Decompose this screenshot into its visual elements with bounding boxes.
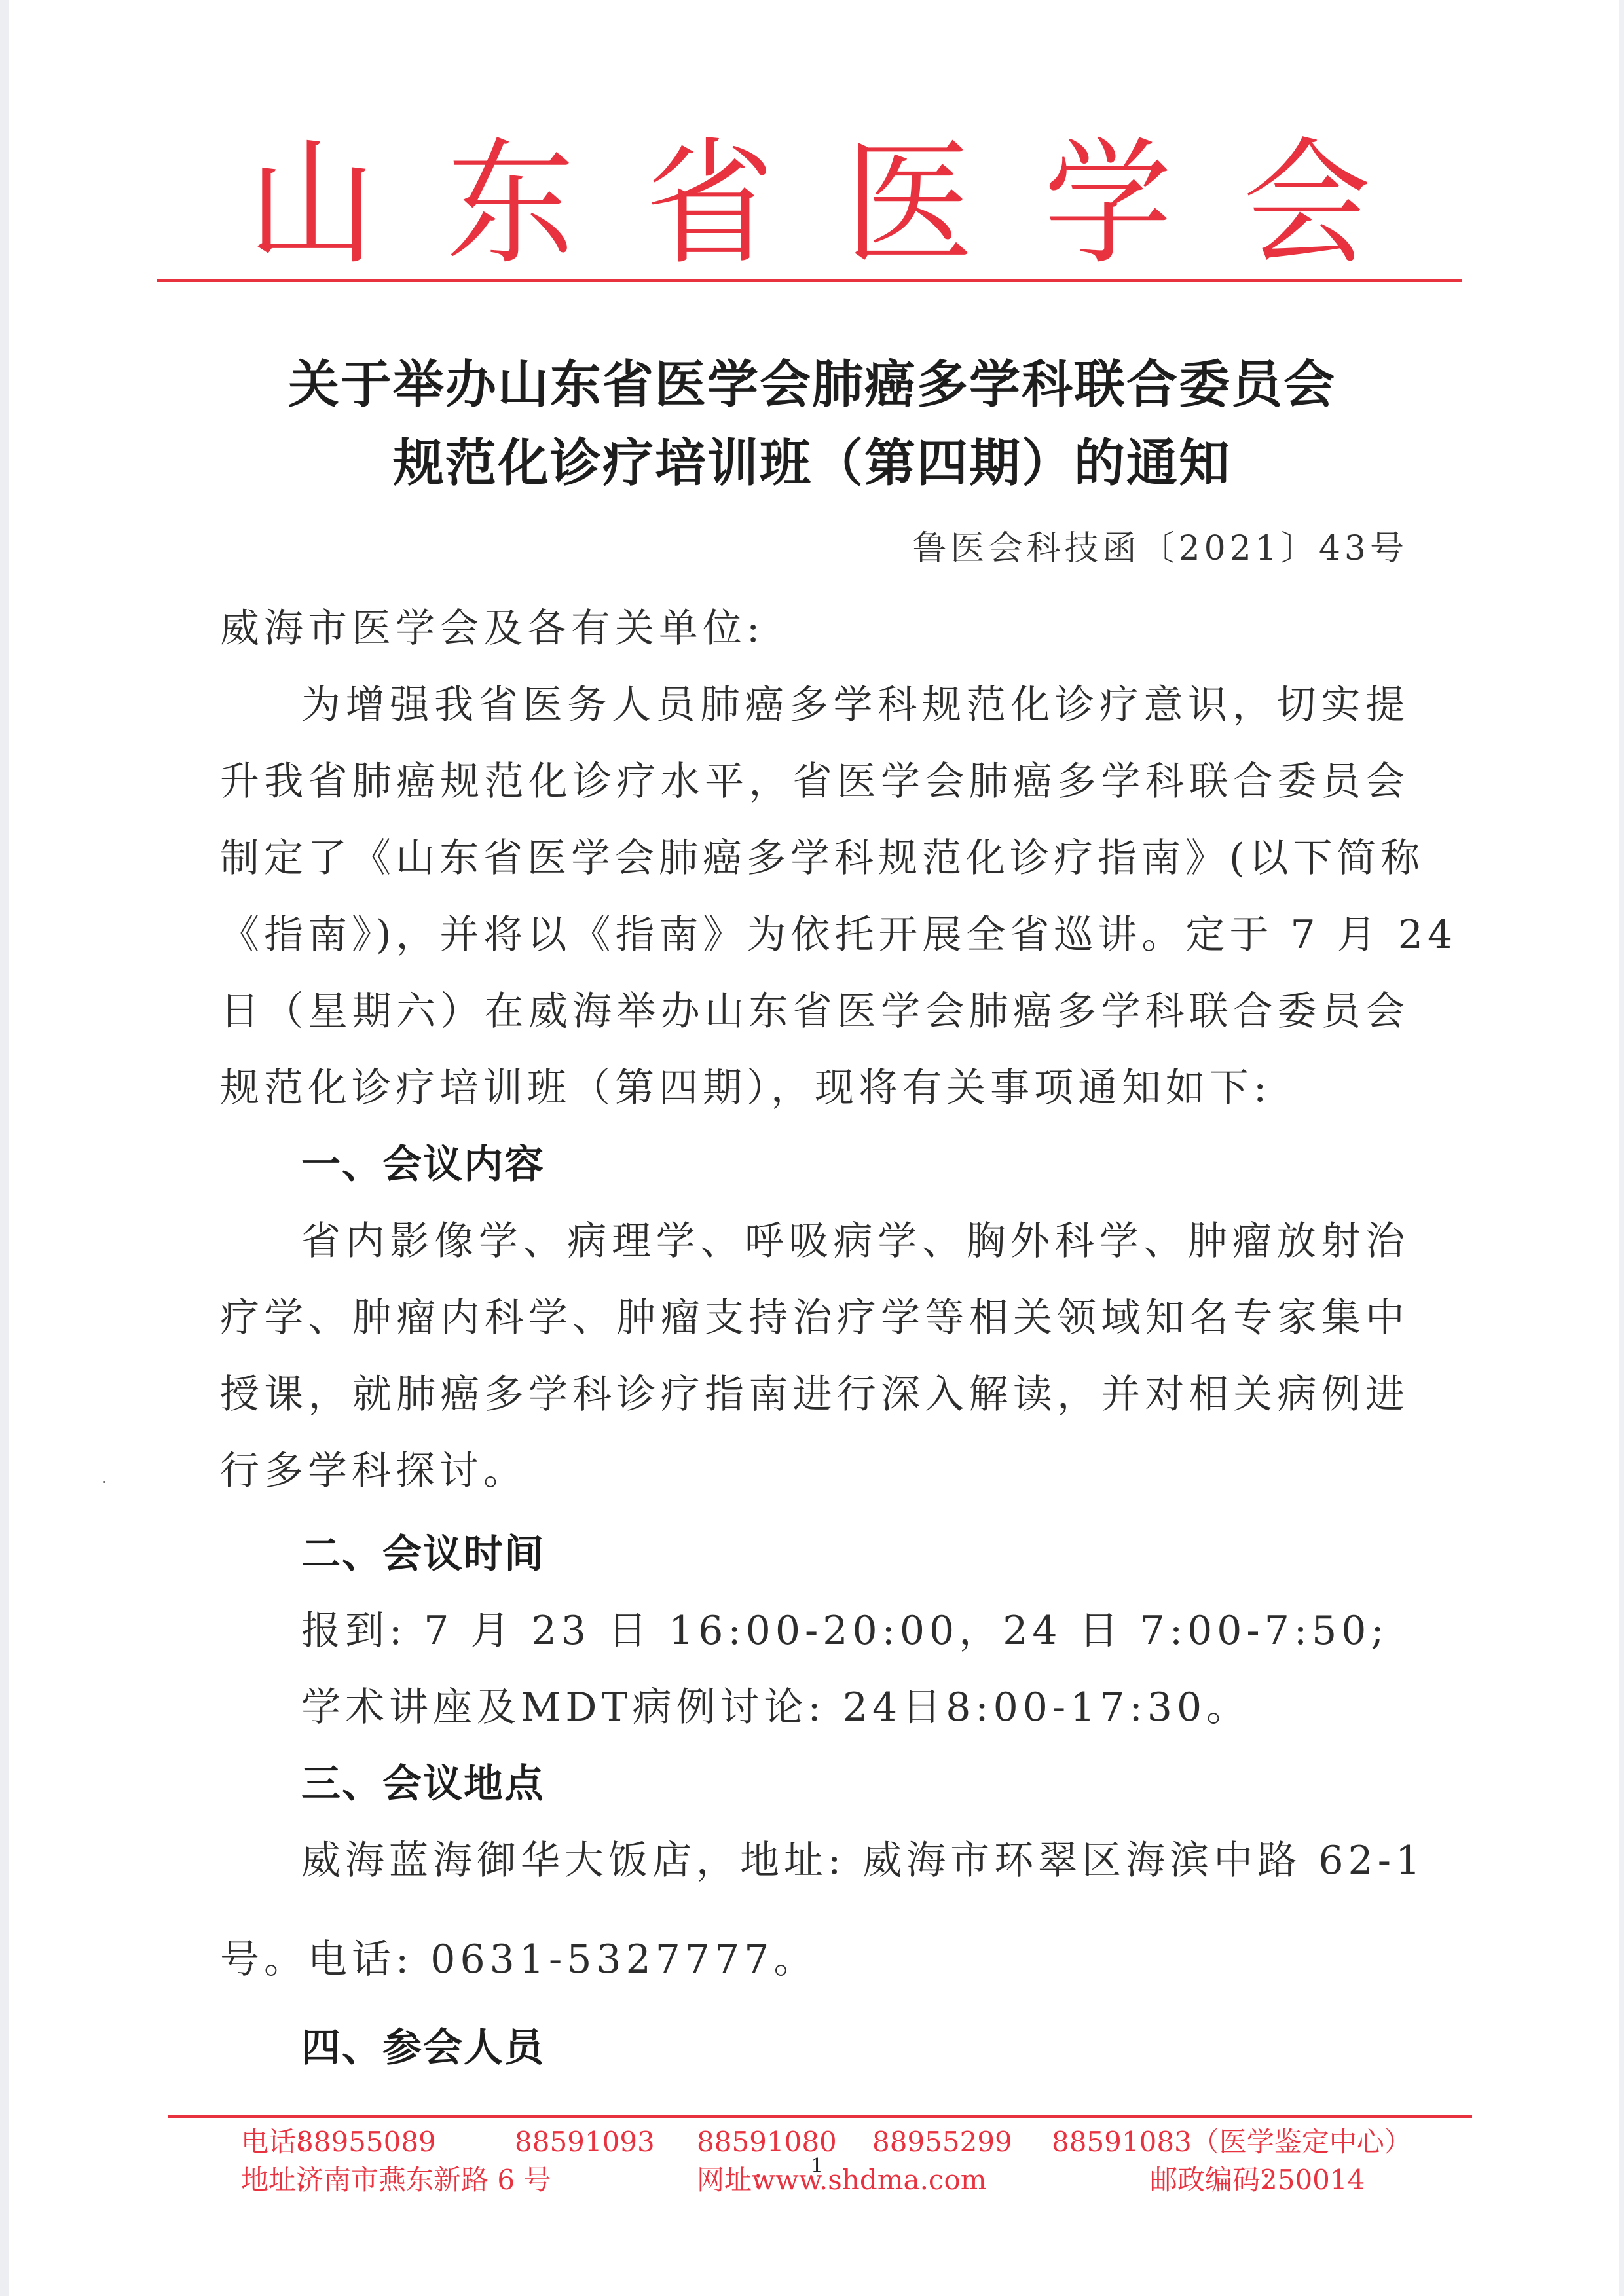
- section-line: 报到: 7 月 23 日 16:00-20:00，24 日 7:00-7:50;: [220, 1607, 1409, 1654]
- footer-red-rule: [168, 2115, 1472, 2118]
- masthead-char: 东: [447, 135, 575, 274]
- section-line: 学术讲座及MDT病例讨论: 24日8:00-17:30。: [220, 1684, 1409, 1731]
- section-line: 疗学、肿瘤内科学、肿瘤支持治疗学等相关领域知名专家集中: [220, 1294, 1409, 1341]
- intro-line: 制定了《山东省医学会肺癌多学科规范化诊疗指南》(以下简称: [220, 835, 1409, 882]
- section-line: 威海蓝海御华大饭店，地址: 威海市环翠区海滨中路 62-1: [220, 1837, 1409, 1884]
- intro-line: 《指南》)，并将以《指南》为依托开展全省巡讲。定于 7 月 24: [220, 911, 1409, 958]
- footer-website[interactable]: www.shdma.com: [752, 2163, 987, 2197]
- section-heading-content: 一、会议内容: [301, 1141, 545, 1188]
- masthead-char: 会: [1243, 135, 1371, 274]
- section-line: 授课，就肺癌多学科诊疗指南进行深入解读，并对相关病例进: [220, 1371, 1409, 1418]
- document-title-line-2: 规范化诊疗培训班（第四期）的通知: [196, 434, 1428, 493]
- scan-speck: [103, 1481, 105, 1483]
- salutation: 威海市医学会及各有关单位:: [220, 605, 1409, 652]
- section-heading-location: 三、会议地点: [301, 1760, 545, 1808]
- reference-number: 鲁医会科技函〔2021〕43号: [912, 528, 1408, 570]
- scan-edge-left: [0, 0, 9, 2296]
- scan-edge-right: [1619, 0, 1624, 2296]
- footer-phone: 88591093: [515, 2125, 655, 2159]
- masthead-org-name: 山 东 省 医 学 会: [157, 139, 1462, 270]
- masthead-char: 省: [646, 135, 774, 274]
- section-heading-attendees: 四、参会人员: [301, 2024, 545, 2071]
- section-line: 号。电话: 0631-5327777。: [220, 1936, 1409, 1983]
- footer-phone: 88591083（医学鉴定中心）: [1052, 2125, 1412, 2159]
- footer-phone: 88955089: [296, 2125, 436, 2159]
- page-number: 1: [811, 2155, 823, 2178]
- intro-line: 升我省肺癌规范化诊疗水平，省医学会肺癌多学科联合委员会: [220, 758, 1409, 805]
- intro-line: 日（星期六）在威海举办山东省医学会肺癌多学科联合委员会: [220, 988, 1409, 1035]
- footer-address: 济南市燕东新路 6 号: [296, 2163, 551, 2197]
- masthead-char: 山: [248, 135, 376, 274]
- footer-postcode: 250014: [1260, 2163, 1365, 2197]
- section-line: 行多学科探讨。: [220, 1448, 1409, 1495]
- section-line: 省内影像学、病理学、呼吸病学、胸外科学、肿瘤放射治: [220, 1218, 1409, 1265]
- intro-line: 规范化诊疗培训班（第四期），现将有关事项通知如下:: [220, 1065, 1409, 1112]
- intro-line: 为增强我省医务人员肺癌多学科规范化诊疗意识，切实提: [220, 682, 1409, 729]
- section-heading-time: 二、会议时间: [301, 1531, 545, 1578]
- header-red-rule: [157, 279, 1462, 282]
- footer-phone: 88955299: [872, 2125, 1012, 2159]
- masthead-char: 医: [845, 135, 973, 274]
- document-title-line-1: 关于举办山东省医学会肺癌多学科联合委员会: [196, 355, 1428, 414]
- masthead-char: 学: [1044, 135, 1172, 274]
